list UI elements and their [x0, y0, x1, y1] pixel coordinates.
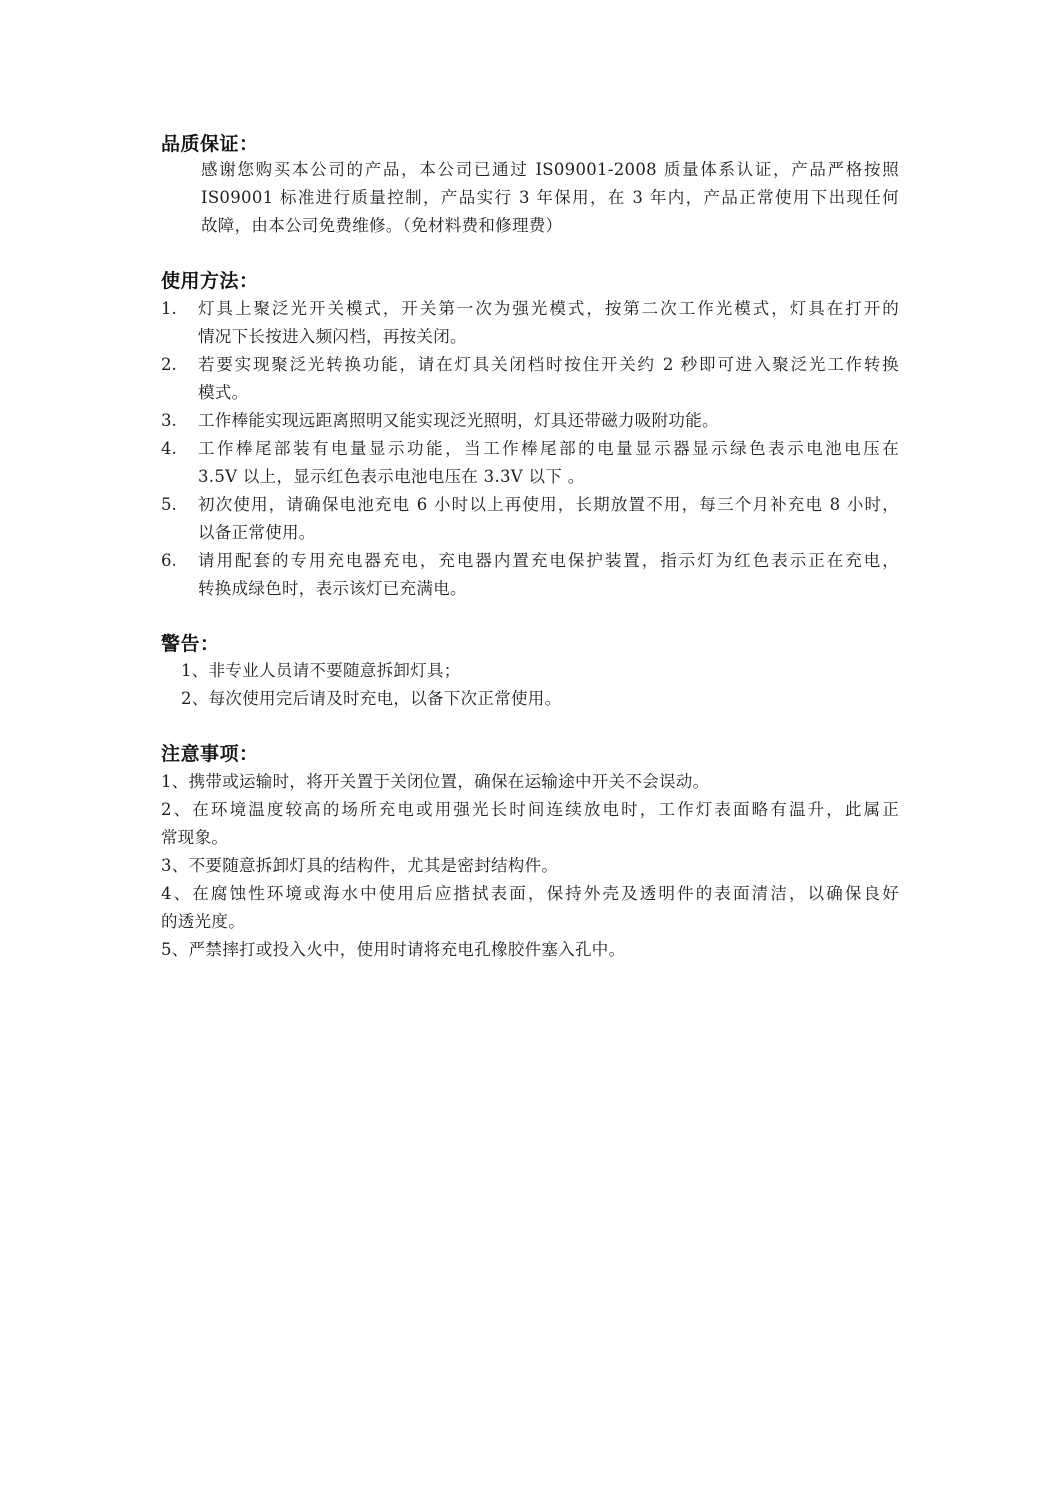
warning-title: 警告： [161, 632, 220, 656]
quality-line: 故障，由本公司免费维修。（免材料费和修理费） [201, 215, 562, 237]
document-page: 品质保证： 感谢您购买本公司的产品，本公司已通过 IS09001-2008 质量… [0, 0, 1060, 1500]
quality-line: IS09001 标准进行质量控制，产品实行 3 年保用，在 3 年内，产品正常使… [201, 187, 899, 209]
notes-line: 2、在环境温度较高的场所充电或用强光长时间连续放电时，工作灯表面略有温升，此属正 [161, 799, 899, 821]
usage-item-number: 4. [161, 438, 177, 460]
notes-line: 1、携带或运输时，将开关置于关闭位置，确保在运输途中开关不会误动。 [161, 771, 709, 793]
warning-item: 2、每次使用完后请及时充电，以备下次正常使用。 [181, 688, 561, 710]
usage-item-line: 以备正常使用。 [198, 522, 316, 544]
usage-item-line: 若要实现聚泛光转换功能，请在灯具关闭档时按住开关约 2 秒即可进入聚泛光工作转换 [198, 354, 899, 376]
usage-item-line: 请用配套的专用充电器充电，充电器内置充电保护装置，指示灯为红色表示正在充电， [198, 550, 899, 572]
notes-line: 4、在腐蚀性环境或海水中使用后应揩拭表面，保持外壳及透明件的表面清洁，以确保良好 [161, 883, 899, 905]
usage-item-line: 工作棒尾部装有电量显示功能，当工作棒尾部的电量显示器显示绿色表示电池电压在 [198, 438, 899, 460]
usage-item-line: 情况下长按进入频闪档，再按关闭。 [198, 326, 467, 348]
usage-item-number: 1. [161, 298, 177, 320]
notes-line: 常现象。 [161, 827, 228, 849]
usage-title: 使用方法： [161, 269, 259, 293]
quality-line: 感谢您购买本公司的产品，本公司已通过 IS09001-2008 质量体系认证，产… [201, 159, 899, 181]
usage-item-line: 初次使用，请确保电池充电 6 小时以上再使用，长期放置不用，每三个月补充电 8 … [198, 494, 899, 516]
usage-item-line: 模式。 [198, 382, 248, 404]
notes-line: 的透光度。 [161, 911, 245, 933]
usage-item-number: 5. [161, 494, 177, 516]
notes-line: 5、严禁摔打或投入火中，使用时请将充电孔橡胶件塞入孔中。 [161, 939, 625, 961]
usage-item-number: 6. [161, 550, 177, 572]
usage-item-line: 3.5V 以上，显示红色表示电池电压在 3.3V 以下 。 [198, 466, 585, 488]
notes-line: 3、不要随意拆卸灯具的结构件，尤其是密封结构件。 [161, 855, 558, 877]
warning-item: 1、非专业人员请不要随意拆卸灯具； [181, 660, 461, 682]
notes-title: 注意事项： [161, 742, 259, 766]
usage-item-number: 3. [161, 410, 177, 432]
quality-title: 品质保证： [161, 132, 259, 156]
usage-item-line: 转换成绿色时，表示该灯已充满电。 [198, 578, 467, 600]
usage-item-line: 灯具上聚泛光开关模式，开关第一次为强光模式，按第二次工作光模式，灯具在打开的 [198, 298, 899, 320]
usage-item-line: 工作棒能实现远距离照明又能实现泛光照明，灯具还带磁力吸附功能。 [198, 410, 719, 432]
usage-item-number: 2. [161, 354, 177, 376]
